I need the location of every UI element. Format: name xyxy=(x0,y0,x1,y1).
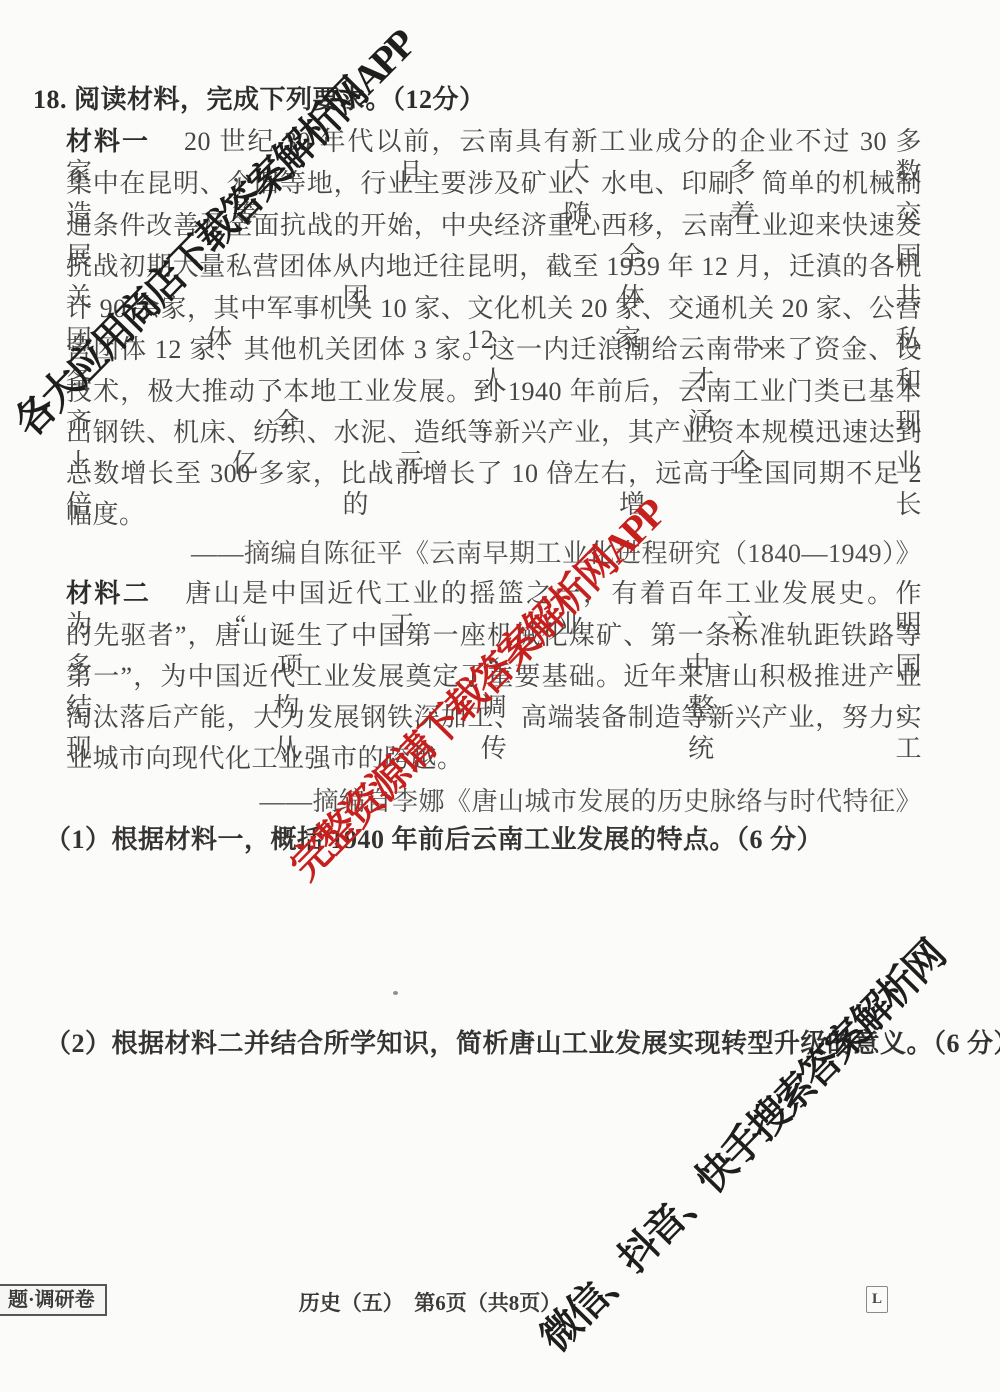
material1-citation: ——摘编自陈征平《云南早期工业化进程研究（1840—1949）》 xyxy=(66,538,922,569)
footer-page-info: 历史（五） 第6页（共8页） xyxy=(150,1287,710,1317)
material2-citation: ——摘编自李娜《唐山城市发展的历史脉络与时代特征》 xyxy=(66,786,922,817)
material2-label: 材料二 xyxy=(66,579,151,608)
scan-speck xyxy=(393,991,398,995)
question-number: 18. xyxy=(33,85,67,114)
material2-line: 业城市向现代化工业强市的跨越。 xyxy=(66,743,922,774)
question-18-header: 18. 阅读材料，完成下列要求。（12分） xyxy=(33,84,953,115)
exam-page-scan: 18. 阅读材料，完成下列要求。（12分） 材料一20 世纪 30 年代以前，云… xyxy=(0,0,1000,1392)
material1-line: 幅度。 xyxy=(66,499,922,530)
sub-question-1: （1）根据材料一，概括 1940 年前后云南工业发展的特点。（6 分） xyxy=(45,824,975,855)
question-intro: 阅读材料，完成下列要求。（12分） xyxy=(74,85,486,114)
sub-question-1-label: （1） xyxy=(45,825,112,854)
footer-version-mark: L xyxy=(866,1286,888,1313)
material1-label: 材料一 xyxy=(66,127,150,156)
sub-question-1-text: 根据材料一，概括 1940 年前后云南工业发展的特点。（6 分） xyxy=(112,825,824,854)
sub-question-2-label: （2） xyxy=(45,1029,112,1058)
footer-booklet-label: 题·调研卷 xyxy=(0,1284,107,1316)
